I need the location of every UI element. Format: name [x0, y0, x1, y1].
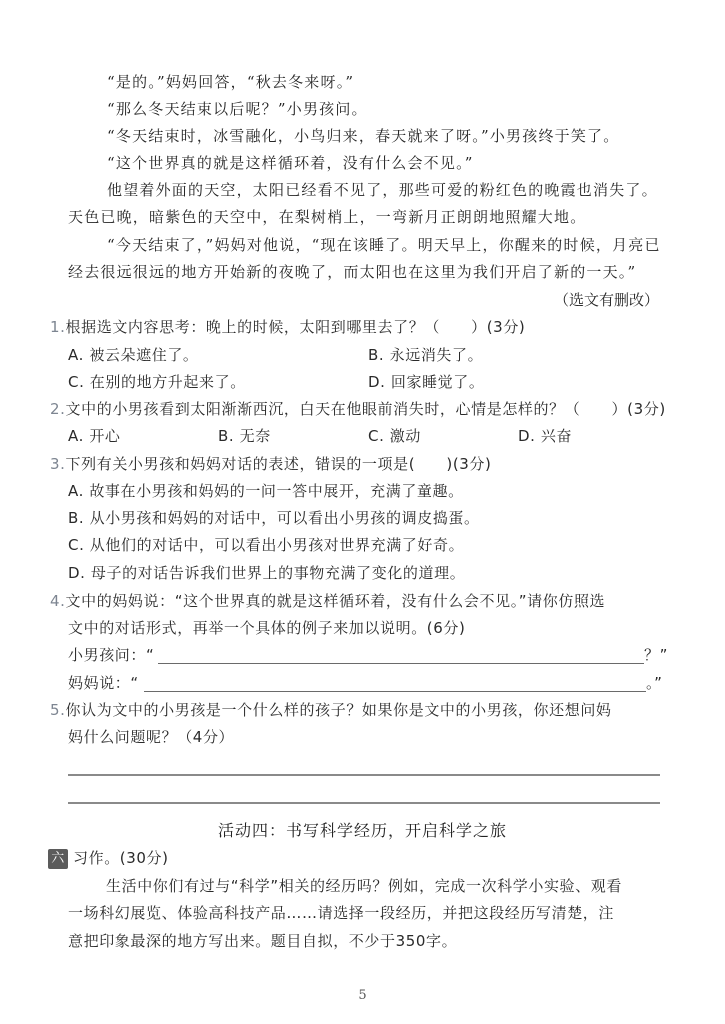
option-a[interactable]: A. 开心: [68, 426, 121, 446]
answer-line[interactable]: [68, 802, 660, 804]
source-note: （选文有删改）: [554, 290, 659, 310]
option-a[interactable]: A. 故事在小男孩和妈妈的一问一答中展开，充满了童趣。: [68, 481, 464, 501]
activity-heading: 活动四：书写科学经历，开启科学之旅: [0, 818, 725, 841]
question-text: 下列有关小男孩和妈妈对话的表述，错误的一项是( )(3分): [66, 455, 492, 473]
question-number: 5.: [50, 701, 66, 719]
option-c[interactable]: C. 从他们的对话中，可以看出小男孩对世界充满了好奇。: [68, 535, 464, 555]
boy-question-label: 小男孩问：“: [68, 645, 154, 665]
section-title-row: 六习作。(30分): [48, 848, 169, 869]
question-text: 根据选文内容思考：晚上的时候，太阳到哪里去了？（ ）(3分): [66, 318, 526, 336]
page-number: 5: [0, 988, 725, 1003]
option-b[interactable]: B. 从小男孩和妈妈的对话中，可以看出小男孩的调皮捣蛋。: [68, 508, 480, 528]
question-text: 你认为文中的小男孩是一个什么样的孩子？如果你是文中的小男孩，你还想问妈: [66, 701, 612, 719]
passage-line: “这个世界真的就是这样循环着，没有什么会不见。”: [107, 153, 474, 173]
question-number: 2.: [50, 400, 66, 418]
option-a[interactable]: A. 被云朵遮住了。: [68, 345, 199, 365]
option-d[interactable]: D. 回家睡觉了。: [368, 372, 485, 392]
option-d[interactable]: D. 母子的对话告诉我们世界上的事物充满了变化的道理。: [68, 563, 465, 583]
mom-answer-label: 妈妈说：“: [68, 673, 139, 693]
question-text: 文中的妈妈说：“这个世界真的就是这样循环着，没有什么会不见。”请你仿照选: [66, 592, 606, 610]
mom-answer-line[interactable]: [144, 691, 646, 692]
option-c[interactable]: C. 激动: [368, 426, 421, 446]
option-b[interactable]: B. 永远消失了。: [368, 345, 483, 365]
writing-prompt-line: 生活中你们有过与“科学”相关的经历吗？例如，完成一次科学小实验、观看: [106, 876, 622, 896]
passage-line: “是的。”妈妈回答，“秋去冬来呀。”: [107, 72, 354, 92]
section-number-badge: 六: [48, 849, 68, 869]
question-number: 4.: [50, 592, 66, 610]
question-text: 文中的对话形式，再举一个具体的例子来加以说明。(6分): [68, 618, 465, 638]
question-text: 文中的小男孩看到太阳渐渐西沉，白天在他眼前消失时，心情是怎样的？（ ）(3分): [66, 400, 666, 418]
passage-line: 他望着外面的天空，太阳已经看不见了，那些可爱的粉红色的晚霞也消失了。: [107, 180, 658, 200]
passage-line: “今天结束了，”妈妈对他说，“现在该睡了。明天早上，你醒来的时候，月亮已: [107, 235, 661, 255]
answer-line[interactable]: [68, 774, 660, 776]
boy-question-answer-line[interactable]: [158, 663, 644, 664]
passage-line: 天色已晚，暗紫色的天空中，在梨树梢上，一弯新月正朗朗地照耀大地。: [68, 207, 586, 227]
option-b[interactable]: B. 无奈: [218, 426, 271, 446]
boy-question-end: ？”: [644, 645, 668, 665]
section-title: 习作。(30分): [73, 849, 169, 867]
passage-line: “那么冬天结束以后呢？”小男孩问。: [107, 99, 368, 119]
passage-line: “冬天结束时，冰雪融化，小鸟归来，春天就来了呀。”小男孩终于笑了。: [107, 126, 619, 146]
mom-answer-end: 。”: [646, 673, 662, 693]
question-number: 1.: [50, 318, 66, 336]
writing-prompt-line: 一场科幻展览、体验高科技产品……请选择一段经历，并把这段经历写清楚，注: [68, 903, 614, 923]
option-c[interactable]: C. 在别的地方升起来了。: [68, 372, 246, 392]
option-d[interactable]: D. 兴奋: [518, 426, 572, 446]
writing-prompt-line: 意把印象最深的地方写出来。题目自拟，不少于350字。: [68, 931, 457, 951]
question-text: 妈什么问题呢？（4分）: [68, 727, 234, 747]
passage-line: 经去很远很远的地方开始新的夜晚了，而太阳也在这里为我们开启了新的一天。”: [68, 262, 636, 282]
question-number: 3.: [50, 455, 66, 473]
